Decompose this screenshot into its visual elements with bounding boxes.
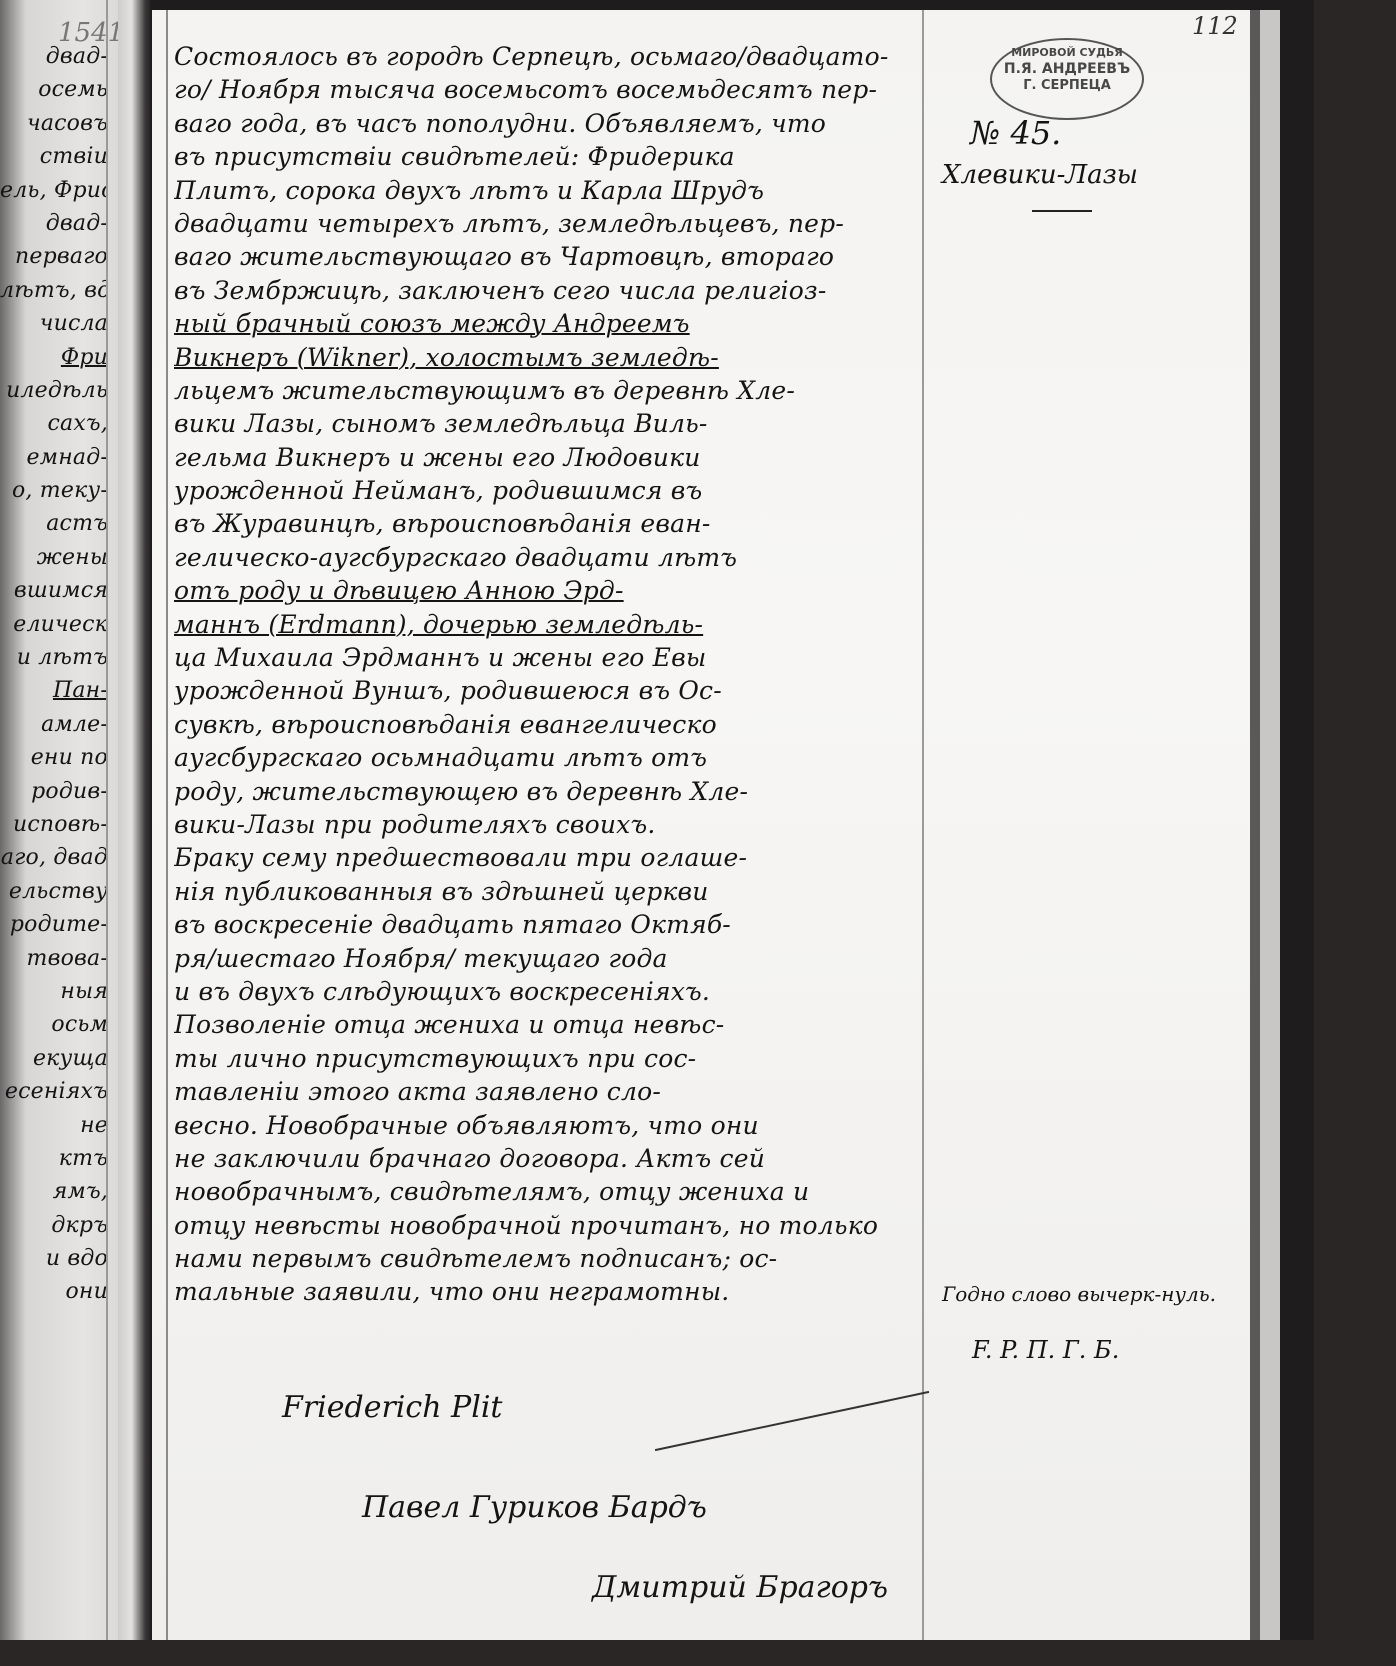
left-line: не <box>0 1109 108 1142</box>
text-line: и въ двухъ слѣдующихъ воскресеніяхъ. <box>174 975 924 1008</box>
text-line: тальные заявили, что они неграмотны. <box>174 1275 924 1308</box>
left-line: емнад- <box>0 441 108 474</box>
text-line: нія публикованныя въ здѣшней церкви <box>174 875 924 908</box>
stamp-line: П.Я. АНДРЕЕВЪ <box>992 61 1142 77</box>
text-line: въ Зембржицѣ, заключенъ сего числа религ… <box>174 274 924 307</box>
stamp-line: Г. СЕРПЕЦА <box>992 78 1142 93</box>
left-line: двад- <box>0 207 108 240</box>
left-line: жены <box>0 541 108 574</box>
left-line: амле- <box>0 708 108 741</box>
text-line: нами первымъ свидѣтелемъ подписанъ; ос- <box>174 1242 924 1275</box>
left-line: перваго <box>0 240 108 273</box>
left-line: они <box>0 1275 108 1308</box>
text-line: гельма Викнеръ и жены его Людовики <box>174 441 924 474</box>
left-line: есеніяхъ <box>0 1075 108 1108</box>
left-line: аго, двад <box>0 841 108 874</box>
left-line: елическ <box>0 608 108 641</box>
scan-border <box>0 1640 1396 1666</box>
text-line: Браку сему предшествовали три оглаше- <box>174 841 924 874</box>
left-line: исповѣ- <box>0 808 108 841</box>
left-line: астъ <box>0 507 108 540</box>
signature-flourish <box>655 1391 929 1451</box>
left-page-text: двад- осемь часовъ ствіи ель, Фрид- двад… <box>0 40 108 1309</box>
left-line: и лѣтъ <box>0 641 108 674</box>
left-line: лѣтъ, вдо- <box>0 274 108 307</box>
margin-initials: F. P. П. Г. Б. <box>972 1336 1119 1364</box>
text-line: двадцати четырехъ лѣтъ, земледѣльцевъ, п… <box>174 207 924 240</box>
margin-rule <box>106 0 108 1640</box>
text-line: урожденной Нейманъ, родившимся въ <box>174 474 924 507</box>
text-line: ты лично присутствующихъ при сос- <box>174 1042 924 1075</box>
left-line: Пан- <box>0 674 108 707</box>
right-page: Состоялось въ городѣ Серпецѣ, осьмаго/дв… <box>152 10 1280 1640</box>
left-line: осьм <box>0 1008 108 1041</box>
folio-number: 112 <box>1192 12 1238 40</box>
signature-official: Павел Гуриков Бардъ <box>362 1490 707 1525</box>
left-page-fragment: 1541 двад- осемь часовъ ствіи ель, Фрид-… <box>0 0 118 1640</box>
left-line: ныя <box>0 975 108 1008</box>
margin-correction-note: Годно слово вычерк-нуль. <box>942 1280 1242 1308</box>
left-line: иледѣль <box>0 374 108 407</box>
left-line: екуща <box>0 1042 108 1075</box>
text-line: не заключили брачнаго договора. Актъ сей <box>174 1142 924 1175</box>
text-line: въ Журавинцѣ, вѣроисповѣданія еван- <box>174 507 924 540</box>
village-underline <box>1032 210 1092 212</box>
text-line: го/ Ноября тысяча восемьсотъ восемьдесят… <box>174 73 924 106</box>
text-line: тавленіи этого акта заявлено сло- <box>174 1075 924 1108</box>
text-line: въ присутствіи свидѣтелей: Фридерика <box>174 140 924 173</box>
text-line: урожденной Вуншъ, родившеюся въ Ос- <box>174 674 924 707</box>
left-line: числа <box>0 307 108 340</box>
left-line: Фри <box>0 341 108 374</box>
text-line: ца Михаила Эрдманнъ и жены его Евы <box>174 641 924 674</box>
left-line: дкръ <box>0 1209 108 1242</box>
page-edge <box>1250 10 1260 1640</box>
signature-official: Дмитрий Брагоръ <box>592 1570 888 1605</box>
text-line: ваго жительствующаго въ Чартовцѣ, втораг… <box>174 240 924 273</box>
text-line: Плитъ, сорока двухъ лѣтъ и Карла Шрудъ <box>174 174 924 207</box>
left-line: родите- <box>0 908 108 941</box>
left-line: часовъ <box>0 107 108 140</box>
left-line: и вдо <box>0 1242 108 1275</box>
left-line: о, теку- <box>0 474 108 507</box>
left-line: ельству <box>0 875 108 908</box>
scanned-document: 1541 двад- осемь часовъ ствіи ель, Фрид-… <box>0 0 1314 1640</box>
left-line: ямъ, <box>0 1175 108 1208</box>
text-line: въ воскресеніе двадцать пятаго Октяб- <box>174 908 924 941</box>
text-line: новобрачнымъ, свидѣтелямъ, отцу жениха и <box>174 1175 924 1208</box>
act-number: № 45. <box>970 114 1061 152</box>
book-gutter <box>118 0 152 1640</box>
groom-name-line: ный брачный союзъ между Андреемъ <box>174 307 924 340</box>
left-line: твова- <box>0 942 108 975</box>
left-line: ктъ <box>0 1142 108 1175</box>
text-line: Позволеніе отца жениха и отца невѣс- <box>174 1008 924 1041</box>
left-line: ствіи <box>0 140 108 173</box>
text-line: аугсбургскаго осьмнадцати лѣтъ отъ <box>174 741 924 774</box>
left-line: двад- <box>0 40 108 73</box>
official-stamp: МИРОВОЙ СУДЬЯ П.Я. АНДРЕЕВЪ Г. СЕРПЕЦА <box>990 38 1144 120</box>
left-line: ени по <box>0 741 108 774</box>
text-line: ря/шестаго Ноября/ текущаго года <box>174 942 924 975</box>
left-line: осемь <box>0 73 108 106</box>
text-line: гелическо-аугсбургскаго двадцати лѣтъ <box>174 541 924 574</box>
text-line: вики-Лазы при родителяхъ своихъ. <box>174 808 924 841</box>
stamp-line: МИРОВОЙ СУДЬЯ <box>992 46 1142 59</box>
text-line: вики Лазы, сыномъ земледѣльца Виль- <box>174 407 924 440</box>
outer-edge <box>1260 10 1280 1640</box>
left-line: вшимся <box>0 574 108 607</box>
record-body: Состоялось въ городѣ Серпецѣ, осьмаго/дв… <box>174 40 924 1309</box>
left-line: родив- <box>0 775 108 808</box>
text-line: роду, жительствующею въ деревнѣ Хле- <box>174 775 924 808</box>
text-line: Состоялось въ городѣ Серпецѣ, осьмаго/дв… <box>174 40 924 73</box>
text-line: льцемъ жительствующимъ въ деревнѣ Хле- <box>174 374 924 407</box>
groom-name-line: Викнеръ (Wikner), холостымъ земледѣ- <box>174 341 924 374</box>
text-line: сувкѣ, вѣроисповѣданія евангелическо <box>174 708 924 741</box>
bride-name-line: маннъ (Erdmann), дочерью земледѣль- <box>174 608 924 641</box>
text-line: ваго года, въ часъ пополудни. Объявляемъ… <box>174 107 924 140</box>
margin-village: Хлевики-Лазы <box>942 160 1138 190</box>
margin-rule-left <box>166 10 168 1640</box>
bride-name-line: отъ роду и дѣвицею Анною Эрд- <box>174 574 924 607</box>
left-line: сахъ, <box>0 407 108 440</box>
text-line: отцу невѣсты новобрачной прочитанъ, но т… <box>174 1209 924 1242</box>
text-line: весно. Новобрачные объявляютъ, что они <box>174 1109 924 1142</box>
signature-witness: Friederich Plit <box>282 1390 503 1425</box>
left-line: ель, Фрид- <box>0 174 108 207</box>
